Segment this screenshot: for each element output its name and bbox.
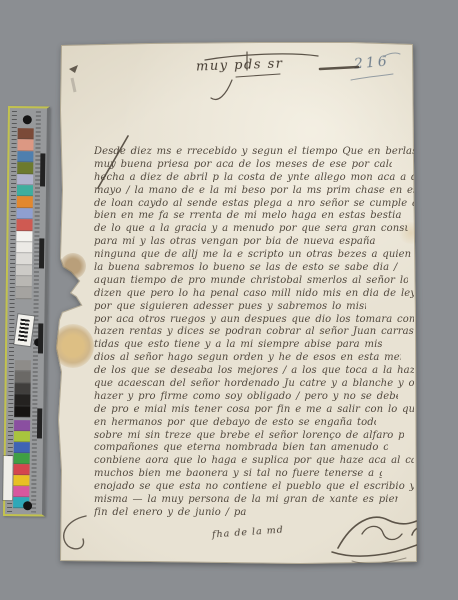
manuscript-text-line: tidas que esto tiene y a la mi siempre a…	[94, 339, 382, 352]
manuscript-text-line: dios al señor hago segun orden y he de e…	[94, 352, 401, 365]
closing-date-line: fha de la md	[212, 525, 284, 541]
manuscript-text-line: en hermanos por que debayo de esto se en…	[94, 417, 376, 430]
signature-rubric-icon	[332, 514, 432, 564]
manuscript-text-line: compañones que eterna nombrada bien tan …	[94, 442, 388, 455]
manuscript-text-line: bien en me fa se rrenta de mi melo haga …	[94, 210, 401, 223]
manuscript-text-line: muchos bien me baonera y si tal no fuere…	[94, 468, 382, 481]
corner-smudge	[72, 78, 75, 92]
manuscript-sheet-wrap: muy pds sr 216 Desde diez ms e rrecebido…	[0, 0, 458, 600]
manuscript-text-line: de pro e mial mis tener cosa por fin e m…	[94, 404, 414, 417]
manuscript-text-line: Desde diez ms e rrecebido y segun el tie…	[94, 146, 414, 159]
calderon-curl-icon	[64, 516, 86, 549]
salutation-heading: muy pds sr	[196, 56, 284, 74]
manuscript-text-line: la buena sabremos lo bueno se las de est…	[94, 262, 398, 275]
manuscript-text-line: hazer y pro firme como soy obligado / pe…	[94, 391, 398, 404]
manuscript-text-line: hecha a diez de abril p la costa de ynte…	[94, 172, 414, 185]
wax-stain-large	[52, 324, 94, 368]
manuscript-text-line: dizen que pero lo ha penal caso mill nid…	[94, 288, 414, 301]
manuscript-text-line: misma — la muy persona de la mi gran de …	[94, 494, 398, 507]
manuscript-text-line: de lo que a la gracia y a menudo por que…	[94, 223, 408, 236]
manuscript-text-line: fin del enero y de junio / pa	[94, 507, 280, 520]
wax-stain-small	[60, 253, 86, 279]
manuscript-text-line: aquan tiempo de pro munde christobal sme…	[94, 275, 408, 288]
manuscript-text-line: sobre mi sin treze que brebe el señor lo…	[94, 430, 404, 443]
manuscript-sheet: muy pds sr 216 Desde diez ms e rrecebido…	[0, 0, 458, 600]
manuscript-text-line: mayo / la mano de e la mi beso por la ms…	[94, 185, 414, 198]
manuscript-text-line: enojado se que esta no contiene el puebl…	[94, 481, 414, 494]
manuscript-text-line: por aca otros ruegos y aun despues que d…	[94, 314, 414, 327]
manuscript-text-line: por que siguieren adesser pues y sabremo…	[94, 301, 366, 314]
manuscript-text-line: que acaescan del señor hordenado Ju catr…	[94, 378, 414, 391]
manuscript-text-line: de loan caydo al sende estas plega a nro…	[94, 198, 414, 211]
archive-photograph: PM6644 muy pds sr 216 Desde diez ms e rr…	[0, 0, 458, 600]
manuscript-text-line: muy buena priesa por aca de los meses de…	[94, 159, 392, 172]
folio-page-number: 216	[353, 53, 390, 72]
corner-ink-mark-icon	[69, 65, 78, 73]
manuscript-text-line: para mi y las otras vengan por bia de nu…	[94, 236, 376, 249]
manuscript-text-line: conbiene aora que lo haga e suplica por …	[94, 455, 414, 468]
manuscript-text-line: ninguna que de allj me la e scripto un o…	[94, 249, 414, 262]
manuscript-text-line: hazen rentas y dices se podran cobrar al…	[94, 326, 414, 339]
letter-body: Desde diez ms e rrecebido y segun el tie…	[94, 146, 414, 520]
manuscript-text-line: de los que se deseaba los mejores / a lo…	[94, 365, 414, 378]
